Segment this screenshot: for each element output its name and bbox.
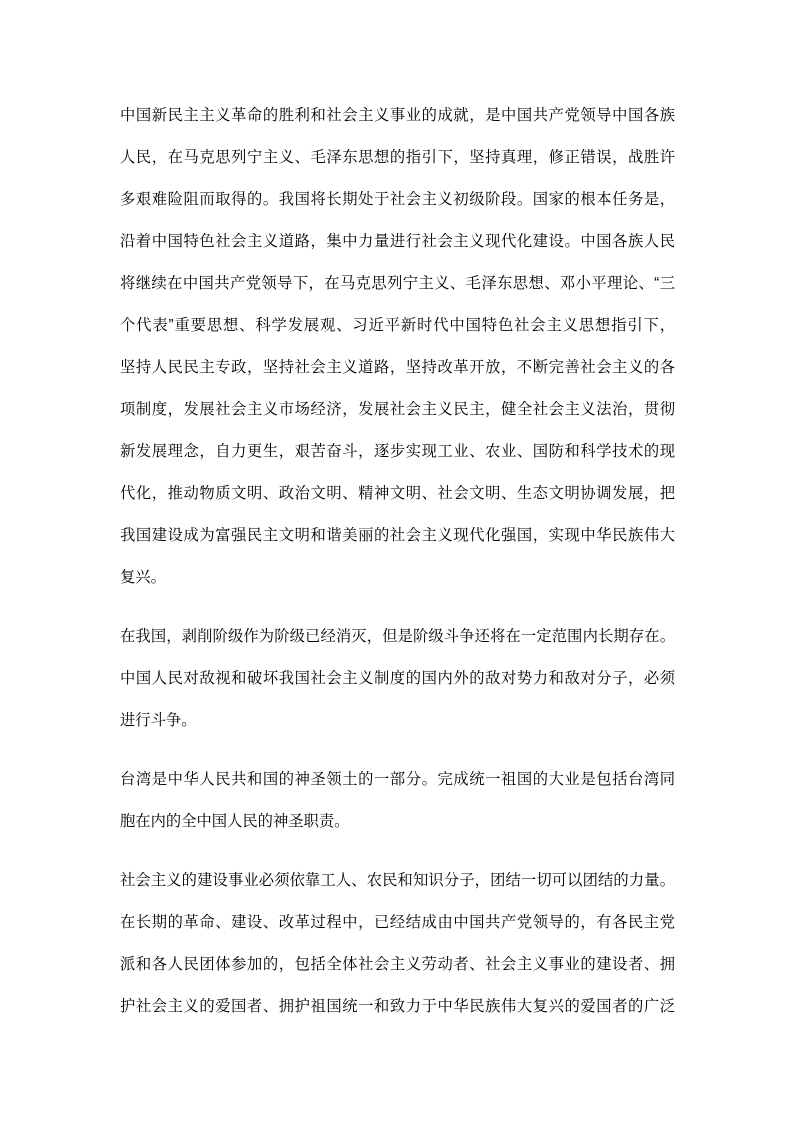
text-line: 中国新民主主义革命的胜利和社会主义事业的成就，是中国共产党领导中国各族 — [120, 95, 675, 137]
text-line: 中国人民对敌视和破坏我国社会主义制度的国内外的敌对势力和敌对分子，必须 — [120, 658, 675, 700]
text-line: 多艰难险阻而取得的。我国将长期处于社会主义初级阶段。国家的根本任务是， — [120, 179, 675, 221]
text-column: 中国新民主主义革命的胜利和社会主义事业的成就，是中国共产党领导中国各族人民，在马… — [120, 95, 675, 1028]
text-line: 个代表”重要思想、科学发展观、习近平新时代中国特色社会主义思想指引下， — [120, 305, 675, 347]
text-line: 胞在内的全中国人民的神圣职责。 — [120, 801, 675, 843]
paragraph: 社会主义的建设事业必须依靠工人、农民和知识分子，团结一切可以团结的力量。在长期的… — [120, 860, 675, 1028]
text-line: 代化，推动物质文明、政治文明、精神文明、社会文明、生态文明协调发展，把 — [120, 473, 675, 515]
text-line: 在长期的革命、建设、改革过程中，已经结成由中国共产党领导的，有各民主党 — [120, 902, 675, 944]
paragraph: 在我国，剥削阶级作为阶级已经消灭，但是阶级斗争还将在一定范围内长期存在。中国人民… — [120, 616, 675, 742]
text-line: 复兴。 — [120, 557, 675, 599]
text-line: 新发展理念，自力更生，艰苦奋斗，逐步实现工业、农业、国防和科学技术的现 — [120, 431, 675, 473]
paragraph: 中国新民主主义革命的胜利和社会主义事业的成就，是中国共产党领导中国各族人民，在马… — [120, 95, 675, 599]
text-line: 坚持人民民主专政，坚持社会主义道路，坚持改革开放，不断完善社会主义的各 — [120, 347, 675, 389]
text-line: 派和各人民团体参加的，包括全体社会主义劳动者、社会主义事业的建设者、拥 — [120, 944, 675, 986]
text-line: 沿着中国特色社会主义道路，集中力量进行社会主义现代化建设。中国各族人民 — [120, 221, 675, 263]
document-page: 中国新民主主义革命的胜利和社会主义事业的成就，是中国共产党领导中国各族人民，在马… — [0, 0, 793, 1122]
text-line: 人民，在马克思列宁主义、毛泽东思想的指引下，坚持真理，修正错误，战胜许 — [120, 137, 675, 179]
text-line: 进行斗争。 — [120, 700, 675, 742]
text-line: 将继续在中国共产党领导下，在马克思列宁主义、毛泽东思想、邓小平理论、“三 — [120, 263, 675, 305]
text-line: 社会主义的建设事业必须依靠工人、农民和知识分子，团结一切可以团结的力量。 — [120, 860, 675, 902]
text-line: 在我国，剥削阶级作为阶级已经消灭，但是阶级斗争还将在一定范围内长期存在。 — [120, 616, 675, 658]
text-line: 护社会主义的爱国者、拥护祖国统一和致力于中华民族伟大复兴的爱国者的广泛 — [120, 986, 675, 1028]
text-line: 项制度，发展社会主义市场经济，发展社会主义民主，健全社会主义法治，贯彻 — [120, 389, 675, 431]
text-line: 我国建设成为富强民主文明和谐美丽的社会主义现代化强国，实现中华民族伟大 — [120, 515, 675, 557]
paragraph: 台湾是中华人民共和国的神圣领土的一部分。完成统一祖国的大业是包括台湾同胞在内的全… — [120, 759, 675, 843]
text-line: 台湾是中华人民共和国的神圣领土的一部分。完成统一祖国的大业是包括台湾同 — [120, 759, 675, 801]
